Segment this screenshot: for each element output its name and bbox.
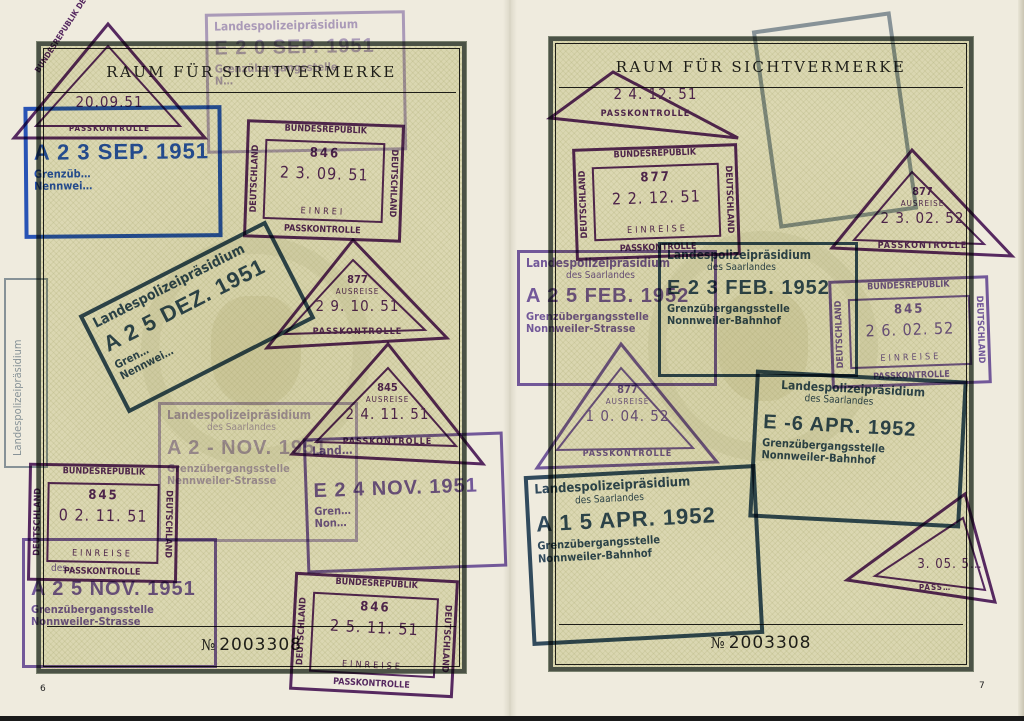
stamp-bottom-label: PASSKONTROLLE (262, 224, 382, 238)
stamp-top-label: BUNDESREPUBLIK (266, 124, 386, 138)
stamp-label: PASS… (875, 584, 995, 593)
page-number-right: 7 (979, 681, 985, 691)
stamp-location: Nennwei… (34, 180, 212, 194)
stamp-location: Nonnweiler-Bahnhof (667, 315, 849, 327)
stamp-authority: Landespolizeipräsidium (214, 17, 396, 33)
stamp-date: 3. 05. 5… (905, 558, 995, 572)
stamp-date: 1 0. 04. 52 (535, 408, 720, 425)
stamp-date: 2 9. 10. 51 (265, 298, 450, 315)
police-stamp-edge: Landespolizeipräsidium (4, 278, 48, 468)
exit-triangle-stamp: 3. 05. 5… PASS… (845, 492, 995, 612)
stamp-post-number: 877 (535, 384, 720, 396)
stamp-date: 20.09.51 (12, 94, 207, 111)
stamp-date: 0 2. 11. 51 (31, 506, 175, 526)
stamp-date: E 2 4 NOV. 1951 (313, 474, 496, 502)
stamp-post-number: 877 (830, 186, 1015, 198)
stamp-location: Nonnweiler-Strasse (31, 616, 208, 628)
stamp-date: 2 3. 02. 52 (830, 210, 1015, 227)
book-gutter (503, 0, 517, 716)
stamp-authority: Landespolizeipräsidium (12, 339, 24, 456)
stamp-top-label: BUNDESREPUBLIK (313, 577, 439, 593)
stamp-date: 2 4. 11. 51 (290, 406, 485, 423)
exit-triangle-stamp: 877 AUSREISE 1 0. 04. 52 PASSKONTROLLE (535, 342, 720, 472)
stamp-bottom-label: PASSKONTROLLE (308, 677, 434, 693)
stamp-date: E 2 3 FEB. 1952 (667, 277, 849, 299)
stamp-label: PASSKONTROLLE (535, 450, 720, 460)
number-value: 2003308 (729, 633, 812, 653)
stamp-region: des Saarlandes (667, 262, 849, 273)
scan-edge (0, 716, 1024, 721)
stamp-post-number: 877 (265, 274, 450, 286)
stamp-label: PASSKONTROLLE (548, 110, 743, 120)
stamp-date: 2 4. 12. 51 (568, 86, 743, 103)
stamp-post-number: 845 (31, 488, 175, 505)
stamp-top-label: BUNDESREPUBLIK (48, 467, 160, 479)
page-edge (1018, 0, 1024, 716)
page-number-left: 6 (40, 684, 46, 694)
number-value: 2003308 (219, 635, 302, 655)
exit-triangle-stamp: BUNDESREPUBLIK DEUTSCHLAND 20.09.51 PASS… (12, 22, 207, 142)
triangle-outline (548, 70, 743, 140)
stamp-kind: AUSREISE (290, 396, 485, 405)
stamp-post-number: 845 (290, 382, 485, 394)
number-prefix: № (711, 634, 726, 652)
exit-triangle-stamp: 2 4. 12. 51 PASSKONTROLLE (548, 70, 743, 140)
stamp-date: A 2 3 SEP. 1951 (34, 139, 212, 165)
stamp-label: PASSKONTROLLE (265, 328, 450, 338)
stamp-kind: AUSREISE (535, 398, 720, 407)
triangle-outline (845, 492, 995, 612)
stamp-date: E 2 0 SEP. 1951 (214, 35, 396, 60)
passport-spread: RAUM FÜR SICHTVERMERKE № 2003308 6 RAUM … (0, 0, 1024, 716)
police-stamp: Land… E 2 4 NOV. 1951 Gren… Non… (303, 432, 508, 574)
entry-box-stamp: BUNDESREPUBLIK DEUTSCHLAND DEUTSCHLAND 8… (289, 572, 459, 698)
stamp-top-label: BUNDESREPUBLIK (591, 148, 718, 162)
stamp-label: PASSKONTROLLE (12, 125, 207, 134)
police-stamp: Landespolizeipräsidium des Saarlandes A … (524, 464, 765, 646)
exit-triangle-stamp: 877 AUSREISE 2 9. 10. 51 PASSKONTROLLE (265, 238, 450, 353)
stamp-top-label: BUNDESREPUBLIK (847, 280, 969, 294)
stamp-kind: AUSREISE (830, 200, 1015, 209)
stamp-kind: AUSREISE (265, 288, 450, 297)
entry-box-stamp: BUNDESREPUBLIK DEUTSCHLAND DEUTSCHLAND 8… (27, 463, 179, 584)
entry-box-stamp: BUNDESREPUBLIK DEUTSCHLAND DEUTSCHLAND 8… (828, 275, 992, 389)
stamp-authority: Landespolizeipräsidium (667, 249, 849, 262)
stamp-bottom-label: PASSKONTROLLE (46, 567, 158, 579)
